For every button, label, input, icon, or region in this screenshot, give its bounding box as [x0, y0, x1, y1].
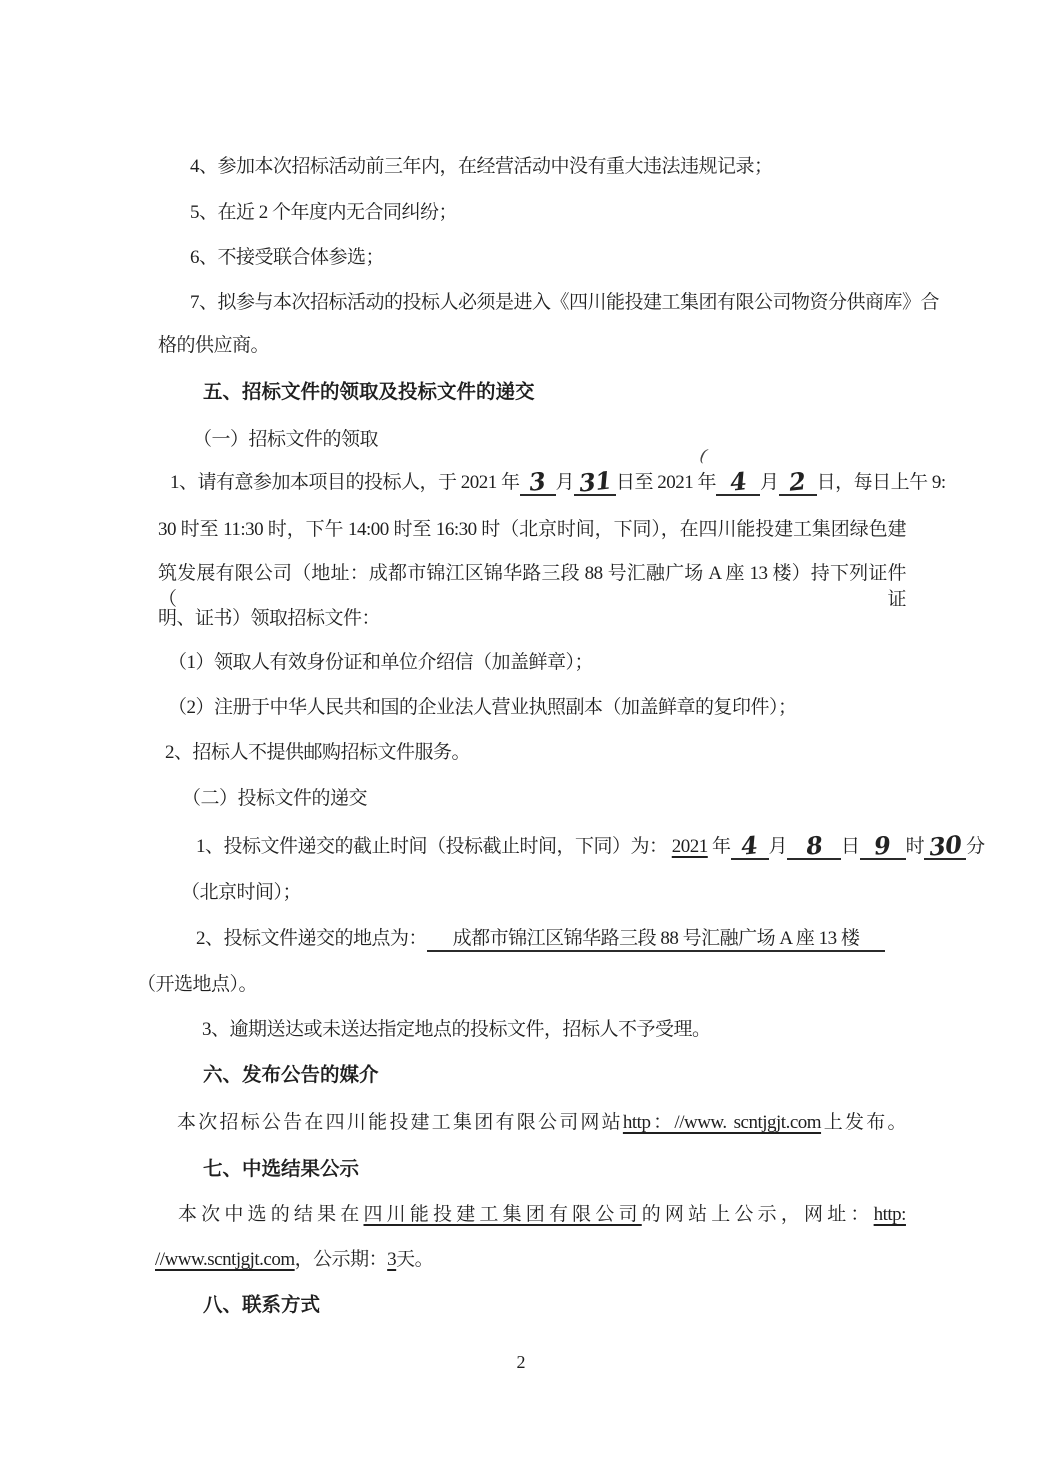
stray-pen-mark: (: [698, 446, 709, 467]
location-line: 2、投标文件递交的地点为：成都市锦江区锦华路三段 88 号汇融广场 A 座 13…: [196, 926, 885, 952]
end-month-blank: 4: [716, 470, 760, 496]
result-mid: 的网站上公示，网址：: [642, 1204, 874, 1225]
section-8-title: 八、联系方式: [203, 1292, 320, 1318]
section-7-title: 七、中选结果公示: [203, 1156, 359, 1182]
deadline-month-label: 月: [769, 836, 788, 857]
no-mail-order-note: 2、招标人不提供邮购招标文件服务。: [165, 740, 470, 766]
condition-item-7-line1: 7、拟参与本次招标活动的投标人必须是进入《四川能投建工集团有限公司物资分供商库》…: [190, 290, 939, 316]
result-line2-suffix: 天。: [396, 1249, 433, 1270]
credential-1: （1）领取人有效身份证和单位介绍信（加盖鲜章）；: [168, 650, 593, 676]
location-blank: 成都市锦江区锦华路三段 88 号汇融广场 A 座 13 楼: [427, 926, 885, 952]
handwritten-deadline-month: 4: [740, 834, 758, 858]
condition-item-5: 5、在近 2 个年度内无合同纠纷；: [190, 200, 457, 226]
section-6-title: 六、发布公告的媒介: [203, 1062, 379, 1088]
location-pre: 2、投标文件递交的地点为：: [196, 928, 427, 949]
location-value: 成都市锦江区锦华路三段 88 号汇融广场 A 座 13 楼: [453, 928, 860, 949]
announcement-media-line: 本次招标公告在四川能投建工集团有限公司网站http：//www. scntjgj…: [177, 1110, 906, 1136]
start-day-blank: 31: [574, 470, 616, 496]
section-5-title: 五、招标文件的领取及投标文件的递交: [203, 379, 535, 405]
media-url: http：//www. scntjgjt.com: [623, 1112, 821, 1133]
receive-dates-pre: 1、请有意参加本项目的投标人，于 2021 年: [170, 472, 520, 493]
condition-item-4: 4、参加本次招标活动前三年内，在经营活动中没有重大违法违规记录；: [190, 154, 773, 180]
receive-dates-mid3: 月: [760, 472, 779, 493]
deadline-day-label: 日: [841, 836, 860, 857]
handwritten-deadline-day: 8: [805, 834, 823, 858]
page-number: 2: [0, 1352, 1042, 1373]
result-company: 四川能投建工集团有限公司: [364, 1204, 642, 1225]
deadline-pre: 1、投标文件递交的截止时间（投标截止时间，下同）为：: [196, 836, 672, 857]
deadline-day-blank: 8: [787, 834, 841, 860]
start-month-blank: 3: [520, 470, 556, 496]
condition-item-6: 6、不接受联合体参选；: [190, 245, 384, 271]
result-url-part2: //www.scntjgjt.com: [155, 1249, 295, 1270]
result-line2-mid: ，公示期：: [295, 1249, 388, 1270]
end-day-blank: 2: [779, 470, 817, 496]
handwritten-deadline-hour: 9: [873, 834, 891, 858]
result-line-2: //www.scntjgjt.com，公示期：3天。: [155, 1247, 433, 1273]
deadline-hour-blank: 9: [860, 834, 906, 860]
section-5-sub2-title: （二）投标文件的递交: [182, 786, 367, 812]
deadline-minute-blank: 30: [924, 834, 966, 860]
credential-2: （2）注册于中华人民共和国的企业法人营业执照副本（加盖鲜章的复印件）；: [168, 695, 797, 721]
handwritten-deadline-minute: 30: [928, 833, 963, 858]
receive-line-4: 明、证书）领取招标文件：: [158, 606, 380, 632]
handwritten-end-month: 4: [729, 470, 747, 494]
media-pre: 本次招标公告在四川能投建工集团有限公司网站: [177, 1112, 623, 1133]
receive-dates-mid1: 月: [556, 472, 575, 493]
deadline-line: 1、投标文件递交的截止时间（投标截止时间，下同）为： 2021 年4月8日9时3…: [196, 834, 985, 860]
deadline-minute-label: 分: [966, 836, 985, 857]
section-5-sub1-title: （一）招标文件的领取: [193, 427, 378, 453]
condition-item-7-line2: 格的供应商。: [158, 333, 269, 359]
deadline-year: 2021: [672, 836, 708, 857]
result-days: 3: [387, 1249, 396, 1270]
deadline-hour-label: 时: [906, 836, 925, 857]
result-line-1: 本次中选的结果在四川能投建工集团有限公司的网站上公示，网址：http:: [178, 1202, 906, 1228]
receive-dates-line: 1、请有意参加本项目的投标人，于 2021 年3月31日至 2021 年4月2日…: [170, 470, 946, 496]
deadline-year-label: 年: [708, 836, 731, 857]
receive-line-2: 30 时至 11:30 时，下午 14:00 时至 16:30 时（北京时间，下…: [158, 517, 906, 543]
late-delivery-note: 3、逾期送达或未送达指定地点的投标文件，招标人不予受理。: [202, 1017, 711, 1043]
handwritten-start-day: 31: [578, 469, 613, 494]
document-page: 4、参加本次招标活动前三年内，在经营活动中没有重大违法违规记录； 5、在近 2 …: [0, 0, 1042, 1473]
handwritten-start-month: 3: [528, 470, 546, 494]
deadline-timezone-note: （北京时间）；: [181, 880, 301, 906]
result-pre: 本次中选的结果在: [178, 1204, 364, 1225]
result-url-part1: http:: [874, 1204, 906, 1225]
media-suffix: 上发布。: [821, 1112, 906, 1133]
handwritten-end-day: 2: [788, 470, 806, 494]
receive-dates-mid2: 日至 2021 年: [616, 472, 716, 493]
location-continuation: （开选地点）。: [137, 972, 257, 998]
deadline-month-blank: 4: [731, 834, 769, 860]
receive-dates-suffix: 日，每日上午 9:: [817, 472, 946, 493]
